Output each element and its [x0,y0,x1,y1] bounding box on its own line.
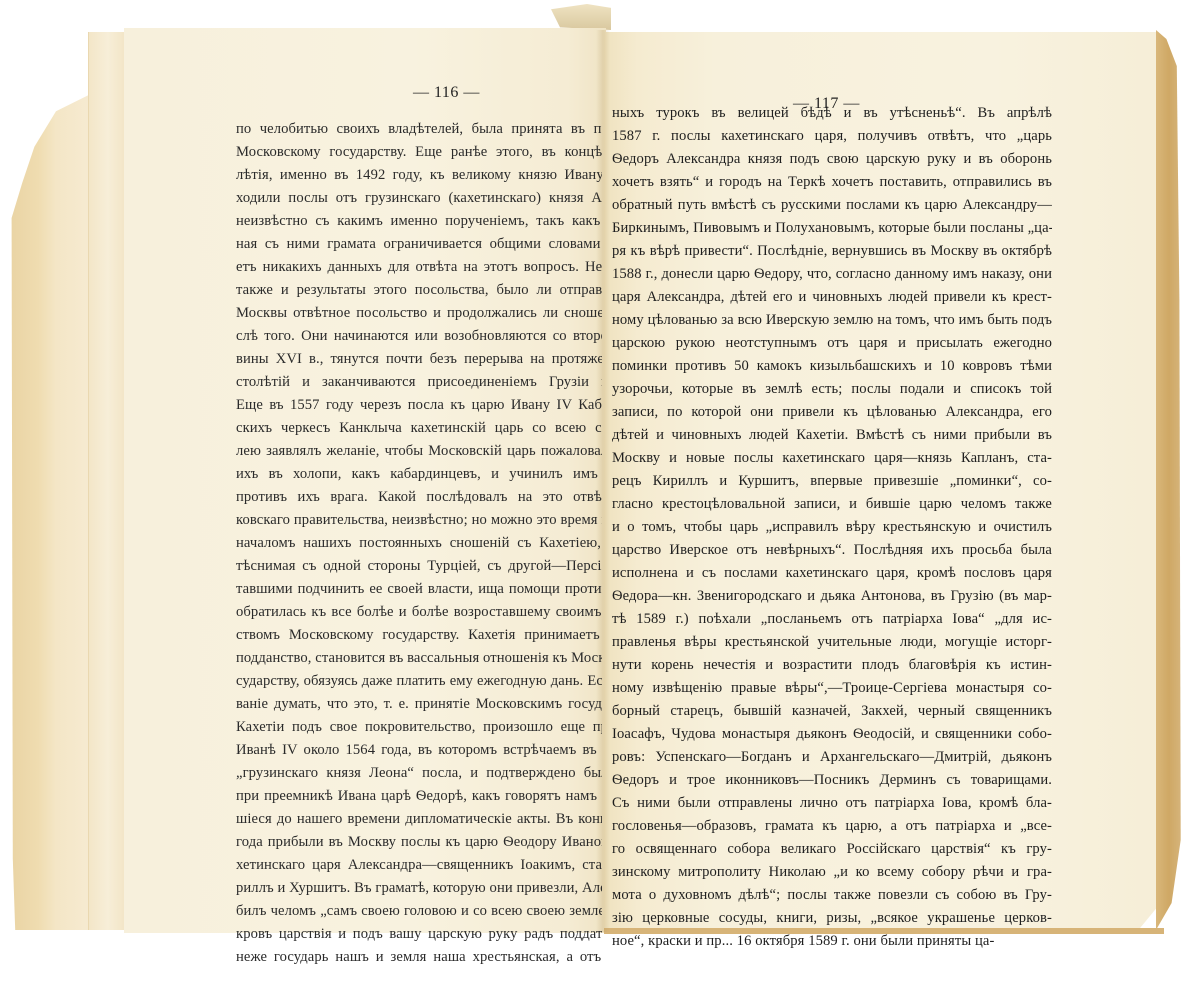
text-line: вины XVI в., тянутся почти безъ перерыва… [236,348,602,371]
text-line: Биркинымъ, Пивовымъ и Полухановымъ, кото… [612,217,1052,240]
text-line: Московскому государству. Еще ранѣе этого… [236,141,602,164]
text-line: началомъ нашихъ постоянныхъ сношеній съ … [236,532,602,555]
text-line: ная съ ними грамата ограничивается общим… [236,233,602,256]
text-line: при преемникѣ Ивана царѣ Ѳедорѣ, какъ го… [236,785,602,808]
text-line: царскою рукою неотступнымъ отъ царя и пр… [612,332,1052,355]
text-line: правленья вѣры крестьянской учительные л… [612,631,1052,654]
torn-spine-tab [551,4,611,30]
text-line: столѣтій и заканчиваются присоединеніемъ… [236,371,602,394]
text-line: Ѳедоръ и трое иконниковъ—Посникъ Дерминъ… [612,769,1052,792]
right-page-block-edge [1156,30,1182,930]
text-line: также и результаты этого посольства, был… [236,279,602,302]
text-line: рецъ Кириллъ и Куршитъ, впервые привезші… [612,470,1052,493]
text-line: ному извѣщенію правые вѣры“,—Троице-Серг… [612,677,1052,700]
text-line: царя Александра, дѣтей его и чиновныхъ л… [612,286,1052,309]
text-line: узорочьи, которые въ землѣ есть; послы п… [612,378,1052,401]
text-line: ря къ вѣрѣ привести“. Послѣдніе, вернувш… [612,240,1052,263]
left-page-text: по челобитью своихъ владѣтелей, была при… [236,118,602,969]
text-line: Ѳедоръ Александра князя подъ свою царску… [612,148,1052,171]
text-line: „грузинскаго князя Леона“ посла, и подтв… [236,762,602,785]
text-line: противъ ихъ врага. Какой послѣдовалъ на … [236,486,602,509]
text-line: скихъ черкесъ Канклыча кахетинскій царь … [236,417,602,440]
text-line: ровъ: Успенскаго—Богданъ и Архангельскаг… [612,746,1052,769]
open-book: — 116 — — 117 — по челобитью своихъ влад… [0,0,1200,988]
text-line: тѣ 1589 г.) поѣхали „посланьемъ отъ патр… [612,608,1052,631]
text-line: неже государь нашъ и земля наша хрестьян… [236,946,602,969]
text-line: го освященнаго собора великаго Россійска… [612,838,1052,861]
text-line: дѣтей и чиновныхъ людей Кахетіи. Вмѣстѣ … [612,424,1052,447]
text-line: царство Иверское отъ невѣрныхъ“. Послѣдн… [612,539,1052,562]
text-line: ныхъ турокъ въ велицей бѣдѣ и въ утѣснен… [612,102,1052,125]
text-line: ходили послы отъ грузинскаго (кахетинска… [236,187,602,210]
text-line: сударству, обязуясь даже платить ему еже… [236,670,602,693]
text-line: борный старецъ, бывшій казначей, Закхей,… [612,700,1052,723]
text-line: Москву и новые послы кахетинскаго царя—к… [612,447,1052,470]
text-line: риллъ и Хуршитъ. Въ граматѣ, которую они… [236,877,602,900]
text-line: ковскаго правительства, неизвѣстно; но м… [236,509,602,532]
left-page-stack [88,32,127,930]
text-line: Кахетіи подъ свое покровительство, произ… [236,716,602,739]
text-line: ное“, краски и пр... 16 октября 1589 г. … [612,930,1052,953]
text-line: гословенья—образовъ, грамата къ царю, а … [612,815,1052,838]
text-line: неизвѣстно съ какимъ именно порученіемъ,… [236,210,602,233]
text-line: обратный путь вмѣстѣ съ русскими послами… [612,194,1052,217]
text-line: по челобитью своихъ владѣтелей, была при… [236,118,602,141]
text-line: зинскому митрополиту Николаю „и ко всему… [612,861,1052,884]
text-line: Ѳедора—кн. Звенигородскаго и дьяка Антон… [612,585,1052,608]
text-line: Съ ними были отправлены лично отъ патріа… [612,792,1052,815]
text-line: лѣтія, именно въ 1492 году, къ великому … [236,164,602,187]
text-line: 1588 г., донесли царю Ѳедору, что, согла… [612,263,1052,286]
text-line: Иванѣ IV около 1564 года, въ которомъ вс… [236,739,602,762]
text-line: поминки противъ 50 камокъ кизыльбашскихъ… [612,355,1052,378]
text-line: Москвы отвѣтное посольство и продолжалис… [236,302,602,325]
text-line: ихъ въ холопи, какъ кабардинцевъ, и учин… [236,463,602,486]
text-line: лею заявлялъ желаніе, чтобы Московскій ц… [236,440,602,463]
text-line: мота о духовномъ дѣлѣ“; послы также пове… [612,884,1052,907]
left-page-number: — 116 — [413,84,480,102]
text-line: шіеся до нашего времени дипломатическіе … [236,808,602,831]
text-line: Еще въ 1557 году черезъ посла къ царю Ив… [236,394,602,417]
text-line: и о томъ, чтобы царь „исправилъ вѣру кре… [612,516,1052,539]
text-line: ствомъ Московскому государству. Кахетія … [236,624,602,647]
text-line: нути корень нечестія и возрастити плодъ … [612,654,1052,677]
text-line: ному цѣлованью за всю Иверскую землю на … [612,309,1052,332]
text-line: ваніе думать, что это, т. е. принятіе Мо… [236,693,602,716]
text-line: тавшими подчинить ее своей власти, ища п… [236,578,602,601]
text-line: етъ никакихъ данныхъ для отвѣта на этотъ… [236,256,602,279]
text-line: записи, по которой они привели къ цѣлова… [612,401,1052,424]
text-line: билъ челомъ „самъ своею головою и со все… [236,900,602,923]
text-line: гласно крестоцѣловальной записи, и бивші… [612,493,1052,516]
text-line: исполнена и съ послами кахетинскаго царя… [612,562,1052,585]
text-line: Іоасафъ, Чудова монастыря дьяконъ Ѳеодос… [612,723,1052,746]
text-line: хочетъ взять“ и городъ на Теркѣ хочетъ п… [612,171,1052,194]
text-line: зію церковные сосуды, книги, ризы, „всяк… [612,907,1052,930]
text-line: кровъ царствія и подъ вашу царскую руку … [236,923,602,946]
right-page-text: ныхъ турокъ въ велицей бѣдѣ и въ утѣснен… [612,102,1052,953]
text-line: тѣснимая съ одной стороны Турціей, съ др… [236,555,602,578]
text-line: 1587 г. послы кахетинскаго царя, получив… [612,125,1052,148]
text-line: подданство, становится въ вассальныя отн… [236,647,602,670]
text-line: хетинскаго царя Александра—священникъ Іо… [236,854,602,877]
text-line: года прибыли въ Москву послы къ царю Ѳео… [236,831,602,854]
text-line: слѣ того. Они начинаются или возобновляю… [236,325,602,348]
text-line: обратилась къ все болѣе и болѣе возроста… [236,601,602,624]
